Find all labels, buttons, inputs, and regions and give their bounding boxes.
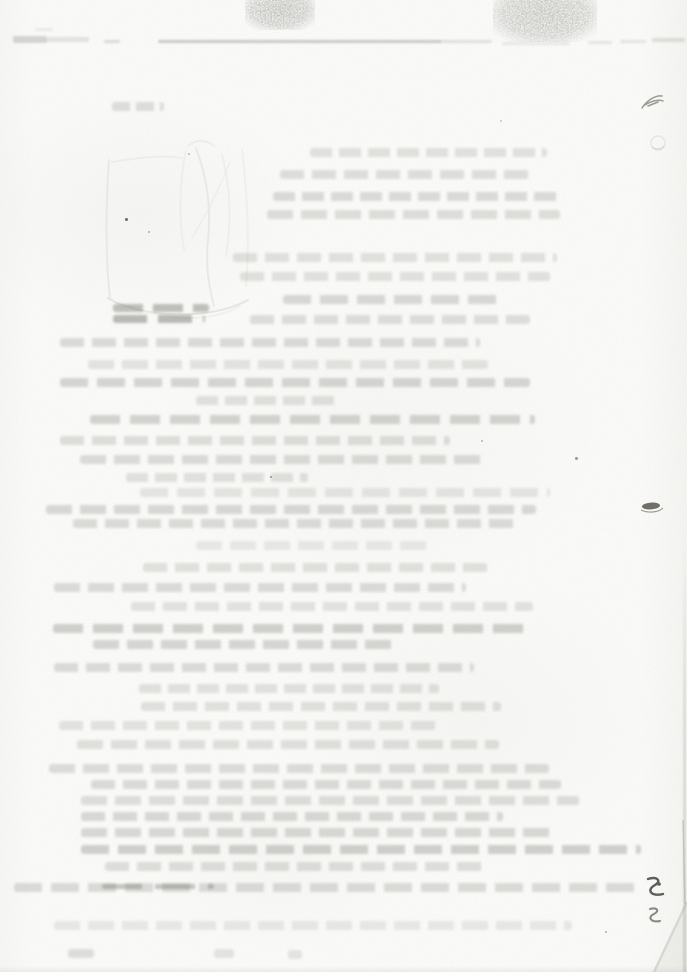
dust-speck xyxy=(188,153,190,155)
dust-speck xyxy=(270,476,272,478)
scanned-document-page xyxy=(0,0,687,972)
page-edge-shadow-bottom xyxy=(0,966,687,972)
dust-speck xyxy=(605,931,607,933)
dust-speck xyxy=(481,440,483,442)
dust-speck xyxy=(148,231,150,233)
dust-speck xyxy=(125,218,128,221)
page-edge-shadow-right xyxy=(683,540,686,972)
dust-speck xyxy=(575,457,578,460)
specks-layer xyxy=(0,0,687,972)
dust-speck xyxy=(500,120,502,122)
